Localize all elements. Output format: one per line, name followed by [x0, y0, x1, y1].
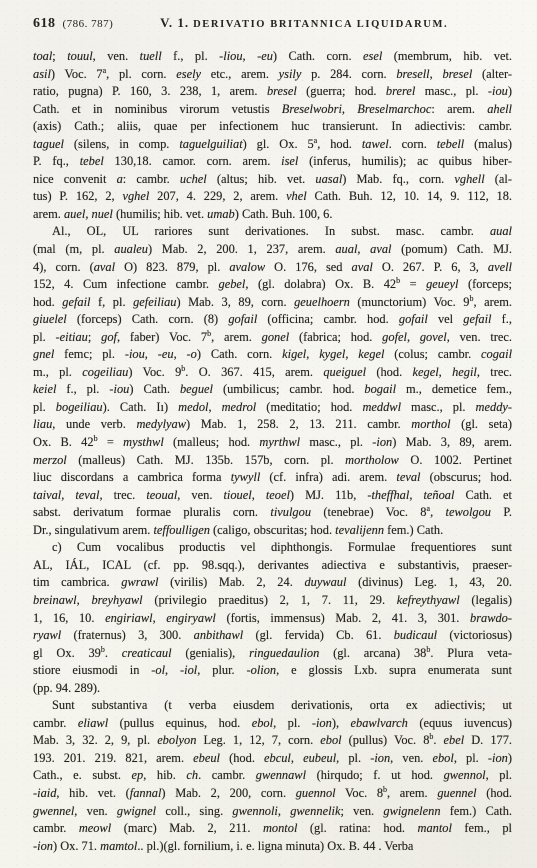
text-line: liau, unde verb. medylyaw) Mab. 1, 258. …: [33, 416, 512, 434]
text-line: breinawl, breyhyawl (privilegio praeditu…: [33, 592, 512, 610]
text-line: ryawl (fraternus) 3, 300. anbithawl (gl.…: [33, 627, 512, 645]
text-line: 193. 201. 219. 821, arem. ebeul (hod. eb…: [33, 750, 512, 768]
page-body: toal; touul, ven. tuell f., pl. -liou, -…: [33, 48, 512, 855]
text-line: -iaid, hib. vet. (fannal) Mab. 2, 200, c…: [33, 785, 512, 803]
text-line: giuelel (forceps) Cath. corn. (8) gofail…: [33, 311, 512, 329]
text-line: tus) P. 162, 2, vghel 207, 4. 229, 2, ar…: [33, 188, 512, 206]
text-line: c) Cum vocalibus productis vel diphthong…: [33, 539, 512, 557]
scanned-book-page: 618 (786. 787) V. 1. DERIVATIO BRITANNIC…: [0, 0, 537, 868]
text-line: taival, teval, trec. teoual, ven. tiouel…: [33, 487, 512, 505]
text-line: (mal (m, pl. aualeu) Mab. 2, 200. 1, 237…: [33, 241, 512, 259]
text-line: Mab. 3, 32. 2, 9, pl. ebolyon Leg. 1, 12…: [33, 732, 512, 750]
text-line: (axis) Cath.; aliis, quae per infectione…: [33, 118, 512, 136]
paragraph: toal; touul, ven. tuell f., pl. -liou, -…: [33, 48, 512, 223]
text-line: cambr. eliawl (pullus equinus, hod. ebol…: [33, 715, 512, 733]
text-line: tim cambrica. gwrawl (virilis) Mab. 2, 2…: [33, 574, 512, 592]
text-line: gnel femc; pl. -iou, -eu, -o) Cath. corn…: [33, 346, 512, 364]
folio-refs: (786. 787): [63, 18, 114, 30]
page-number: 618: [33, 16, 56, 32]
text-line: pl. bogeiliau). Cath. Iı) medol, medrol …: [33, 399, 512, 417]
text-line: AL, IÁL, ICAL (cf. pp. 98.sqq.), derivan…: [33, 557, 512, 575]
text-line: Al., OL, UL rariores sunt derivationes. …: [33, 223, 512, 241]
paragraph: Al., OL, UL rariores sunt derivationes. …: [33, 223, 512, 539]
text-line: 4), corn. (aval O) 823. 879, pl. avalow …: [33, 259, 512, 277]
text-line: 152, 4. Cum infectione cambr. gebel, (gl…: [33, 276, 512, 294]
running-title-prefix: V. 1.: [160, 15, 189, 30]
text-line: ratio, pugna) P. 160, 3. 238, 1, arem. b…: [33, 83, 512, 101]
running-title: V. 1. DERIVATIO BRITANNICA LIQUIDARUM.: [160, 14, 448, 32]
text-line: arem. auel, nuel (humilis; hib. vet. uma…: [33, 206, 512, 224]
page-header: 618 (786. 787) V. 1. DERIVATIO BRITANNIC…: [33, 14, 511, 32]
text-line: stiore eiusmodi in -ol, -iol, plur. -oli…: [33, 662, 512, 680]
text-line: toal; touul, ven. tuell f., pl. -liou, -…: [33, 48, 512, 66]
text-line: taguel (silens, in comp. taguelguiliat) …: [33, 136, 512, 154]
text-line: nice convenit a: cambr. uchel (altus; hi…: [33, 171, 512, 189]
text-line: P. fq., tebel 130,18. camor. corn. arem.…: [33, 153, 512, 171]
text-line: Dr., singulativum arem. teffoulligen (ca…: [33, 522, 512, 540]
text-line: hod. gefail f, pl. gefeiliau) Mab. 3, 89…: [33, 294, 512, 312]
text-line: merzol (malleus) Cath. MJ. 135b. 157b, c…: [33, 452, 512, 470]
text-line: Sunt substantiva (t verba eiusdem deriva…: [33, 697, 512, 715]
text-line: Cath. et in nominibus virorum vetustis B…: [33, 101, 512, 119]
text-line: Cath., e. subst. ep, hib. ch. cambr. gwe…: [33, 767, 512, 785]
text-line: liuc discordans a cambrica forma tywyll …: [33, 469, 512, 487]
text-line: gwennel, ven. gwignel coll., sing. gwenn…: [33, 803, 512, 821]
text-line: (pp. 94. 289).: [33, 680, 512, 698]
text-line: 1, 16, 10. engiriawl, engiryawl (fortis,…: [33, 610, 512, 628]
text-line: pl. -eitiau; gof, faber) Voc. 7b, arem. …: [33, 329, 512, 347]
text-line: asil) Voc. 7a, pl. corn. esely etc., are…: [33, 66, 512, 84]
text-line: m., pl. cogeiliau) Voc. 9b. O. 367. 415,…: [33, 364, 512, 382]
text-line: Ox. B. 42b = mysthwl (malleus; hod. myrt…: [33, 434, 512, 452]
text-line: keiel f., pl. -iou) Cath. beguel (umbili…: [33, 381, 512, 399]
running-title-caps: DERIVATIO BRITANNICA LIQUIDARUM.: [193, 19, 448, 30]
text-line: cambr. meowl (marc) Mab. 2, 211. montol …: [33, 820, 512, 838]
paragraph: c) Cum vocalibus productis vel diphthong…: [33, 539, 512, 697]
text-line: -ion) Ox. 71. mamtol.. pl.)(gl. forniliu…: [33, 838, 512, 856]
text-line: sabst. derivatum formae pluralis corn. t…: [33, 504, 512, 522]
text-line: gl Ox. 39b. creaticaul (genialis), ringu…: [33, 645, 512, 663]
paragraph: Sunt substantiva (t verba eiusdem deriva…: [33, 697, 512, 855]
